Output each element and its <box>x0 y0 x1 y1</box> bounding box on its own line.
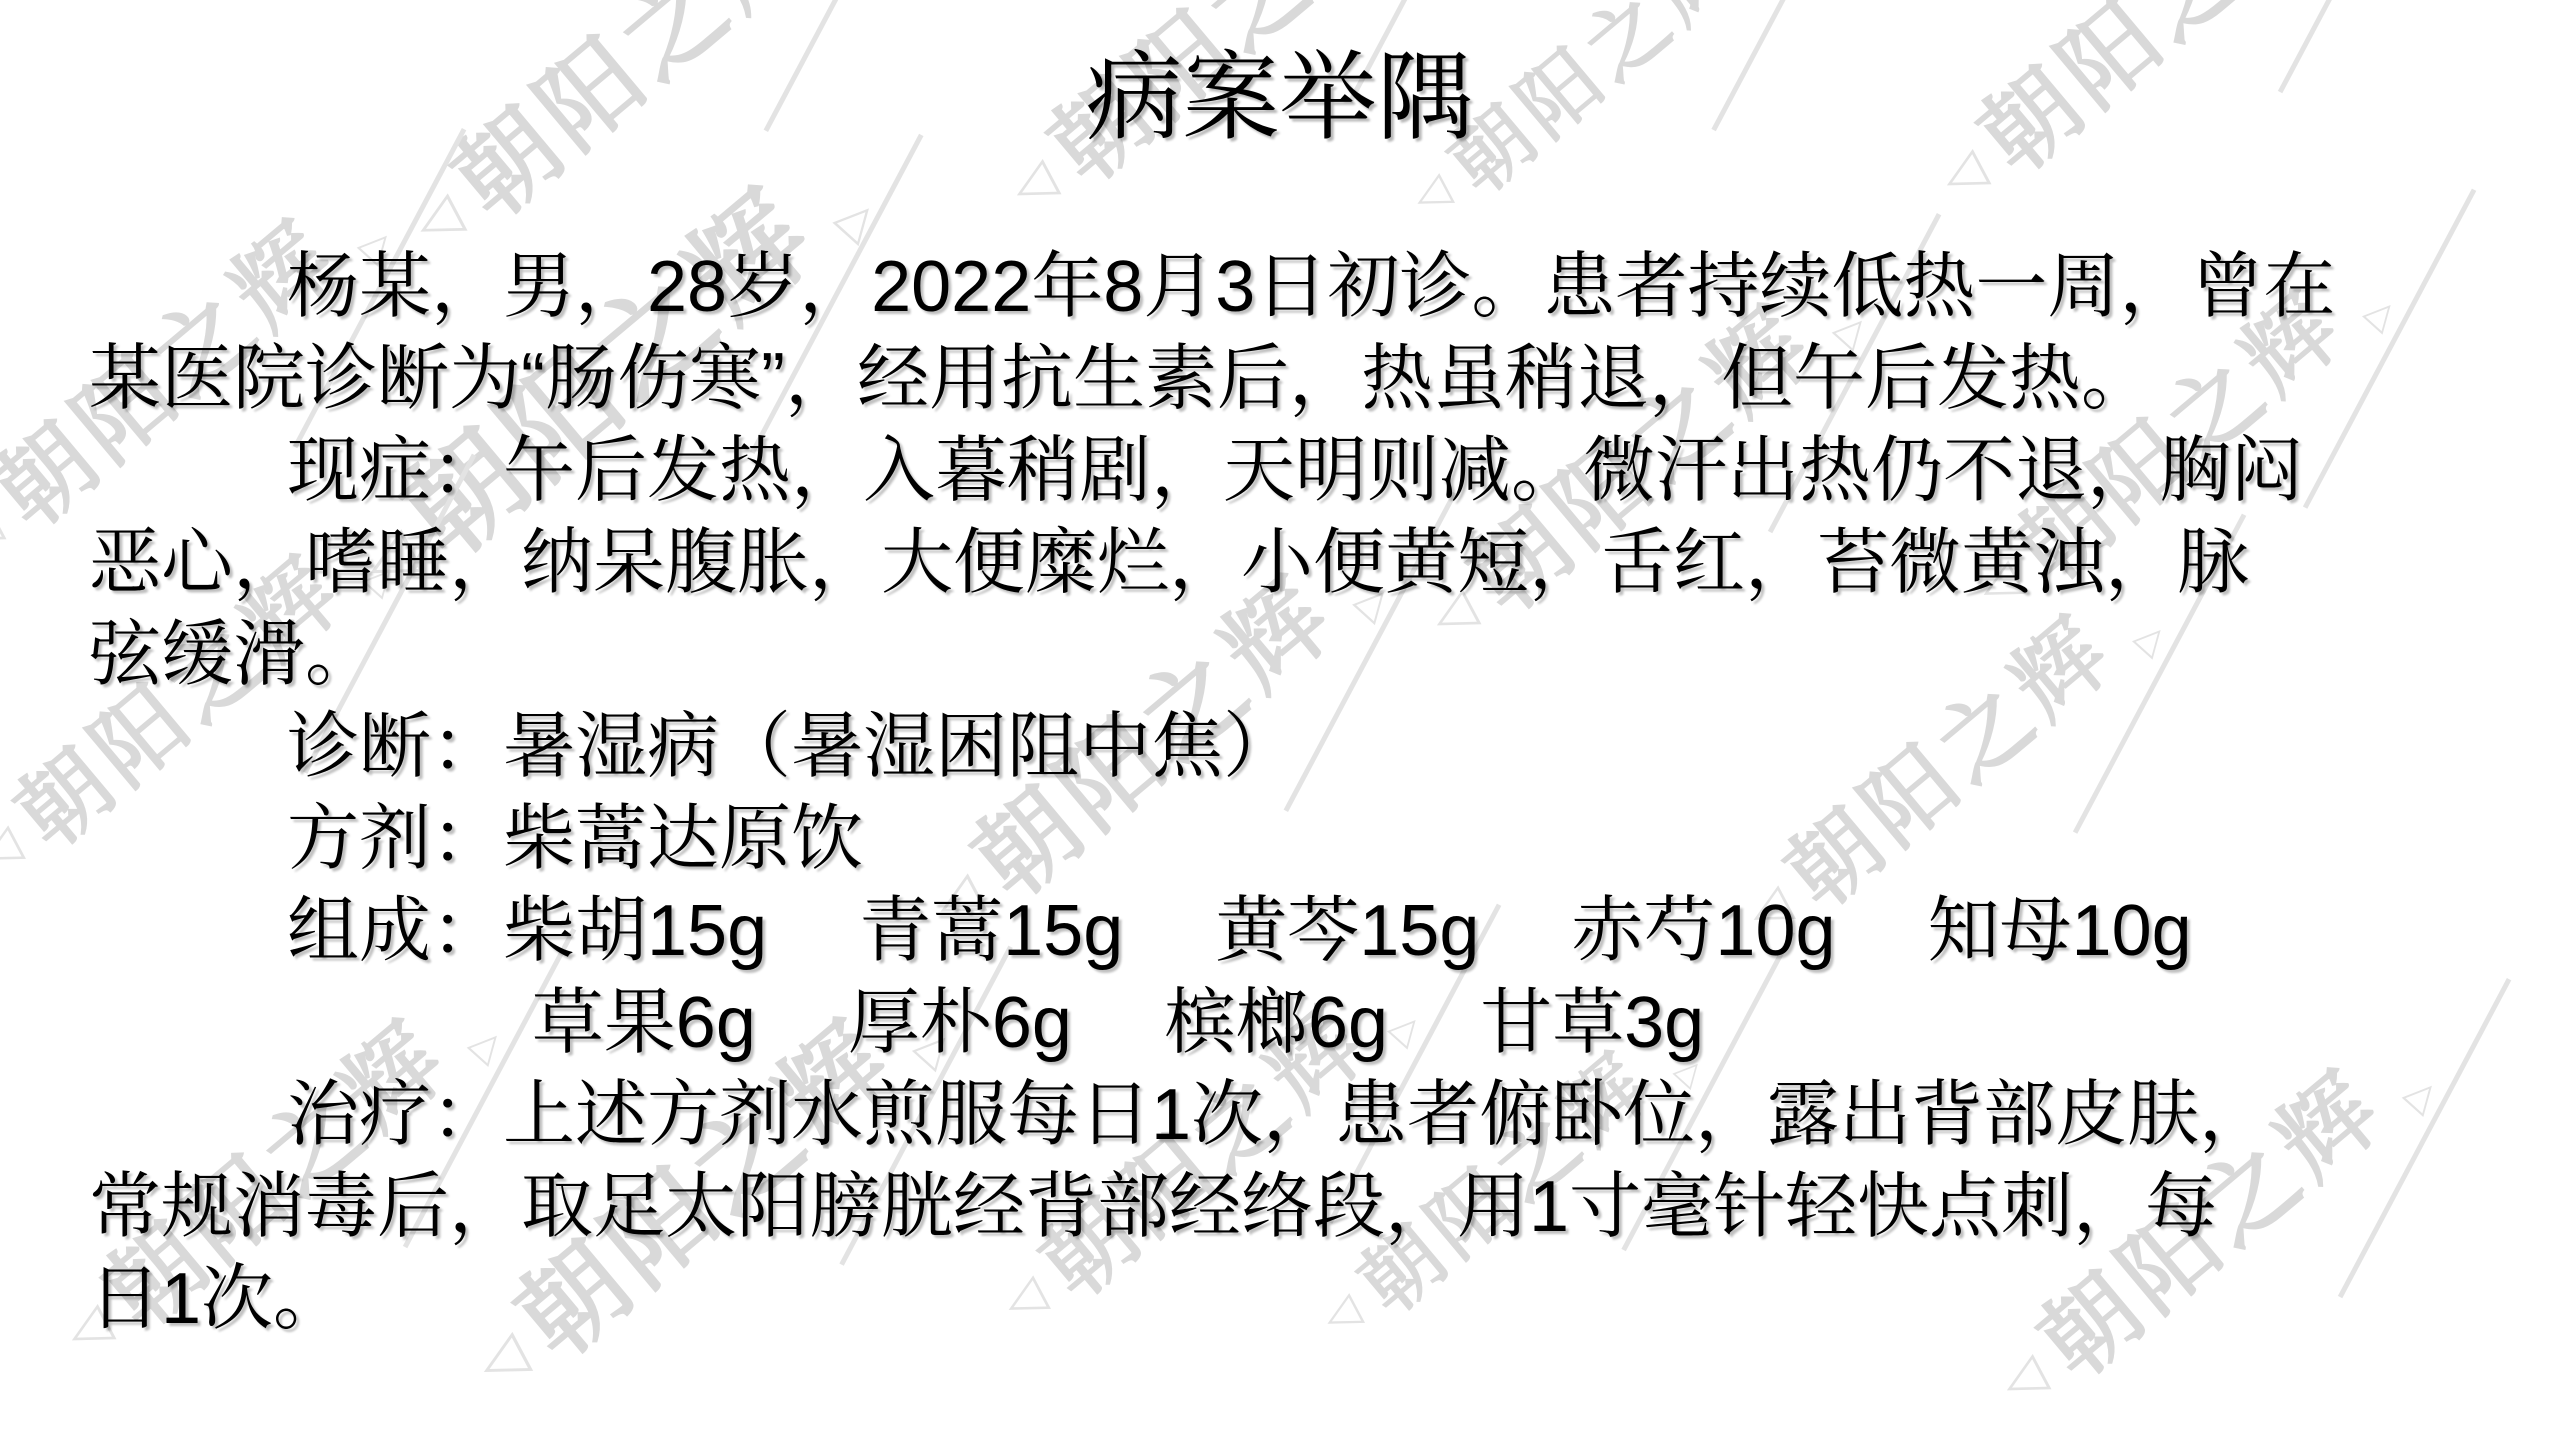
diagnosis-line: 诊断：暑湿病（暑湿困阻中焦） <box>89 701 2470 793</box>
intro-paragraph: 杨某，男，28岁，2022年8月3日初诊。患者持续低热一周，曾在 某医院诊断为“… <box>89 241 2470 425</box>
composition-line-2: 草果6g 厚朴6g 槟榔6g 甘草3g <box>532 977 2470 1069</box>
case-body: 杨某，男，28岁，2022年8月3日初诊。患者持续低热一周，曾在 某医院诊断为“… <box>89 241 2470 1345</box>
symptoms-paragraph: 现症：午后发热，入暮稍剧，天明则减。微汗出热仍不退，胸闷 恶心，嗜睡，纳呆腹胀，… <box>89 425 2470 701</box>
prescription-line: 方剂：柴蒿达原饮 <box>89 793 2470 885</box>
treatment-paragraph: 治疗：上述方剂水煎服每日1次，患者俯卧位，露出背部皮肤， 常规消毒后，取足太阳膀… <box>89 1069 2470 1345</box>
slide-page: ◁朝阳之辉▷◁朝阳之辉▷◁朝阳之辉▷◁朝阳之辉▷◁朝阳之辉▷◁朝阳之辉▷◁朝阳之… <box>0 0 2560 1440</box>
composition-line-1: 组成：柴胡15g 青蒿15g 黄芩15g 赤芍10g 知母10g <box>89 885 2470 977</box>
case-document: 病案举隅 杨某，男，28岁，2022年8月3日初诊。患者持续低热一周，曾在 某医… <box>0 0 2560 1345</box>
watermark-arrow-icon: ◁ <box>1993 1346 2053 1411</box>
page-title: 病案举隅 <box>89 40 2470 156</box>
